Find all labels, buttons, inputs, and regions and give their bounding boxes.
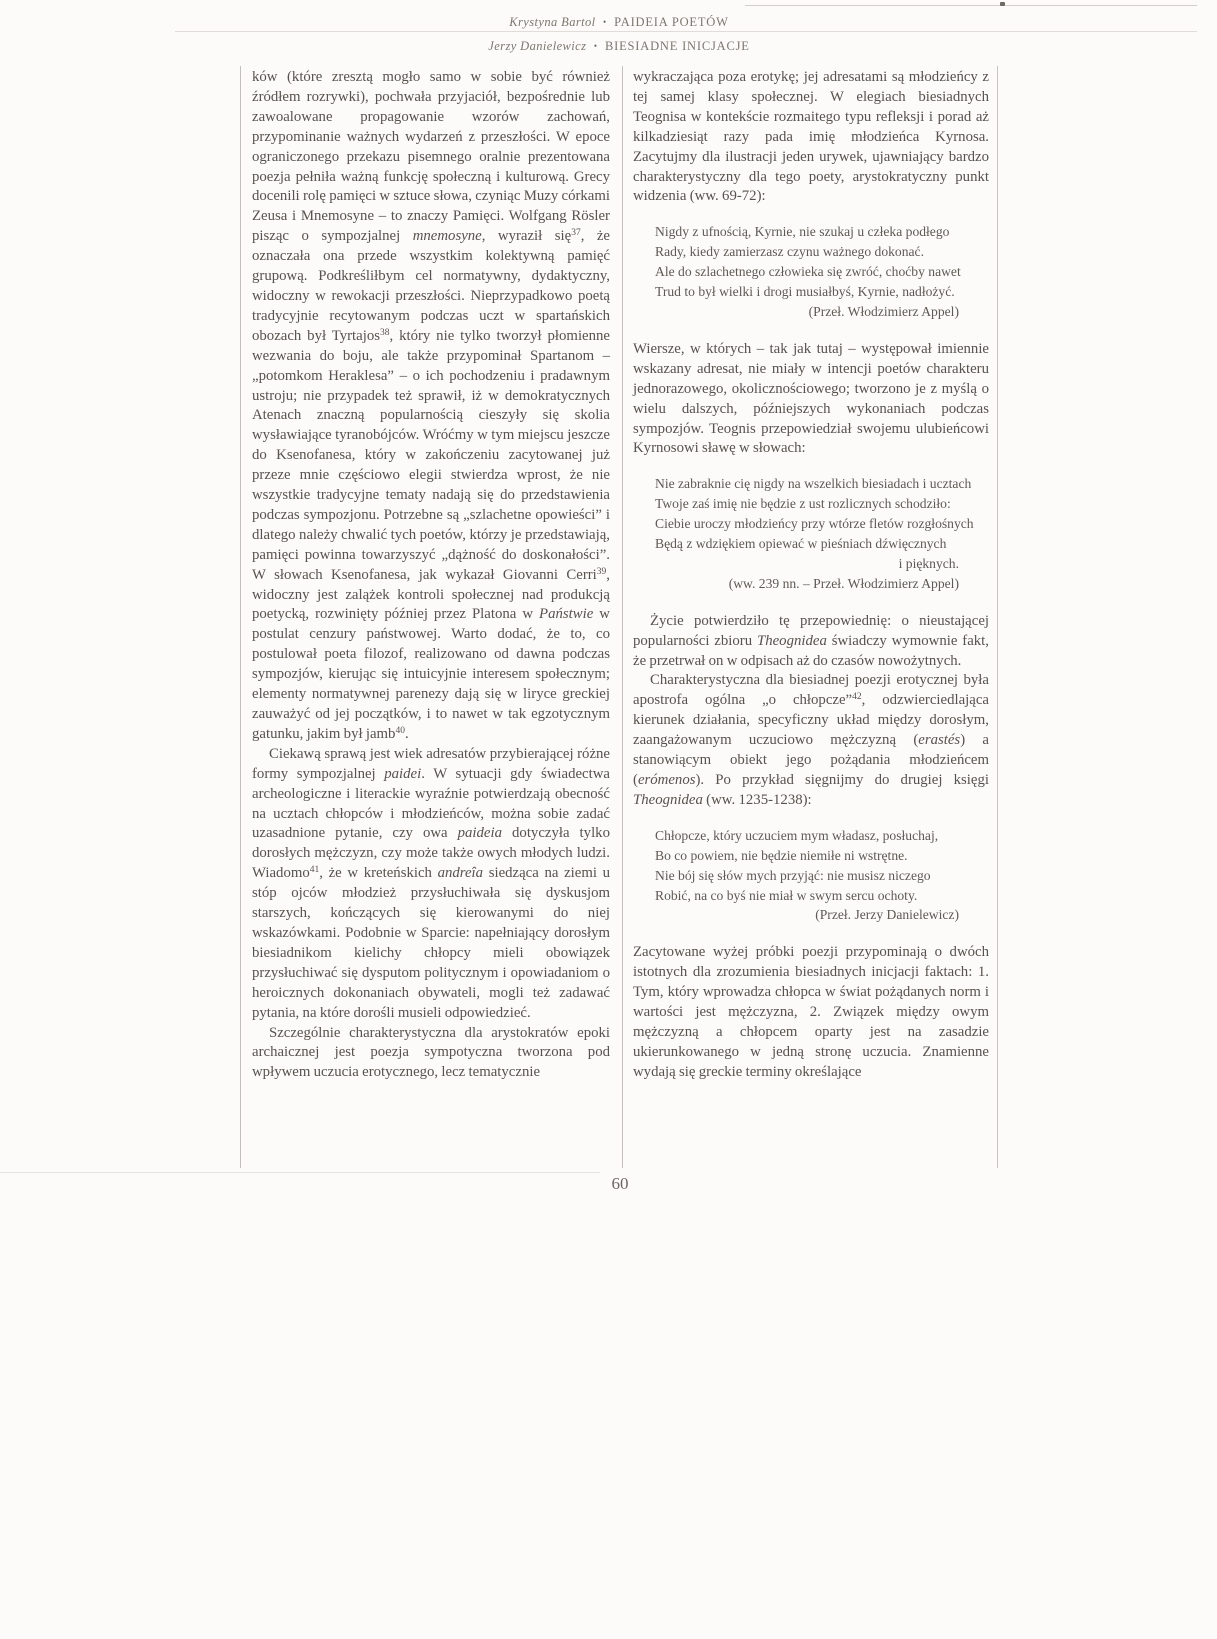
bullet-separator-icon: •: [599, 17, 611, 27]
verse-quote: Nigdy z ufnością, Kyrnie, nie szukaj u c…: [655, 222, 989, 322]
running-head-title-2: BIESIADNE INICJACJE: [605, 39, 750, 53]
verse-line: Robić, na co byś nie miał w swym sercu o…: [655, 886, 989, 906]
header-divider-rule: [175, 31, 1197, 32]
top-edge-rule: [745, 5, 1197, 6]
body-paragraph: Życie potwierdziło tę przepowiednię: o n…: [633, 612, 989, 672]
verse-line: Rady, kiedy zamierzasz czynu ważnego dok…: [655, 242, 989, 262]
quote-attribution-line: (Przeł. Jerzy Danielewicz): [655, 905, 989, 925]
running-head-author-1: Krystyna Bartol: [509, 15, 595, 29]
verse-line: Nie bój się słów mych przyjąć: nie musis…: [655, 866, 989, 886]
scan-artifact-mark: [1000, 2, 1005, 6]
running-head-title-1: PAIDEIA POETÓW: [614, 15, 729, 29]
quote-attribution-line: (ww. 239 nn. – Przeł. Włodzimierz Appel): [655, 574, 989, 594]
verse-line: Trud to był wielki i drogi musiałbyś, Ky…: [655, 282, 989, 302]
verse-line: Bo co powiem, nie będzie niemiłe ni wstr…: [655, 846, 989, 866]
page-number: 60: [585, 1174, 655, 1194]
left-column-rule: [240, 66, 241, 1168]
verse-line: Twoje zaś imię nie będzie z ust rozliczn…: [655, 494, 989, 514]
bullet-separator-icon: •: [590, 41, 602, 51]
left-text-column: ków (które zresztą mogło samo w sobie by…: [252, 68, 610, 1083]
verse-line: Nigdy z ufnością, Kyrnie, nie szukaj u c…: [655, 222, 989, 242]
body-paragraph: Ciekawą sprawą jest wiek adresatów przyb…: [252, 745, 610, 1024]
verse-line: Będą z wdziękiem opiewać w pieśniach dźw…: [655, 534, 989, 554]
verse-line: Nie zabraknie cię nigdy na wszelkich bie…: [655, 474, 989, 494]
running-head-bartol: Krystyna Bartol • PAIDEIA POETÓW: [240, 15, 998, 30]
verse-quote: Chłopcze, który uczuciem mym władasz, po…: [655, 826, 989, 926]
verse-quote: Nie zabraknie cię nigdy na wszelkich bie…: [655, 474, 989, 593]
right-text-column: wykraczająca poza erotykę; jej adresatam…: [633, 68, 989, 1083]
verse-line: Ciebie uroczy młodzieńcy przy wtórze fle…: [655, 514, 989, 534]
quote-attribution-line: (Przeł. Włodzimierz Appel): [655, 302, 989, 322]
bottom-edge-rule: [0, 1172, 600, 1173]
verse-line: Chłopcze, który uczuciem mym władasz, po…: [655, 826, 989, 846]
running-head-danielewicz: Jerzy Danielewicz • BIESIADNE INICJACJE: [240, 39, 998, 54]
body-paragraph: Szczególnie charakterystyczna dla arysto…: [252, 1024, 610, 1084]
body-paragraph: Charakterystyczna dla biesiadnej poezji …: [633, 671, 989, 810]
column-divider-rule: [622, 66, 623, 1168]
running-head-author-2: Jerzy Danielewicz: [488, 39, 586, 53]
verse-line: Ale do szlachetnego człowieka się zwróć,…: [655, 262, 989, 282]
quote-attribution-line: i pięknych.: [655, 554, 989, 574]
body-paragraph: wykraczająca poza erotykę; jej adresatam…: [633, 68, 989, 207]
scanned-book-page: Krystyna Bartol • PAIDEIA POETÓW Jerzy D…: [0, 0, 1217, 1639]
body-paragraph: Zacytowane wyżej próbki poezji przypomin…: [633, 943, 989, 1082]
body-paragraph: ków (które zresztą mogło samo w sobie by…: [252, 68, 610, 745]
body-paragraph: Wiersze, w których – tak jak tutaj – wys…: [633, 340, 989, 459]
right-column-rule: [997, 66, 998, 1168]
